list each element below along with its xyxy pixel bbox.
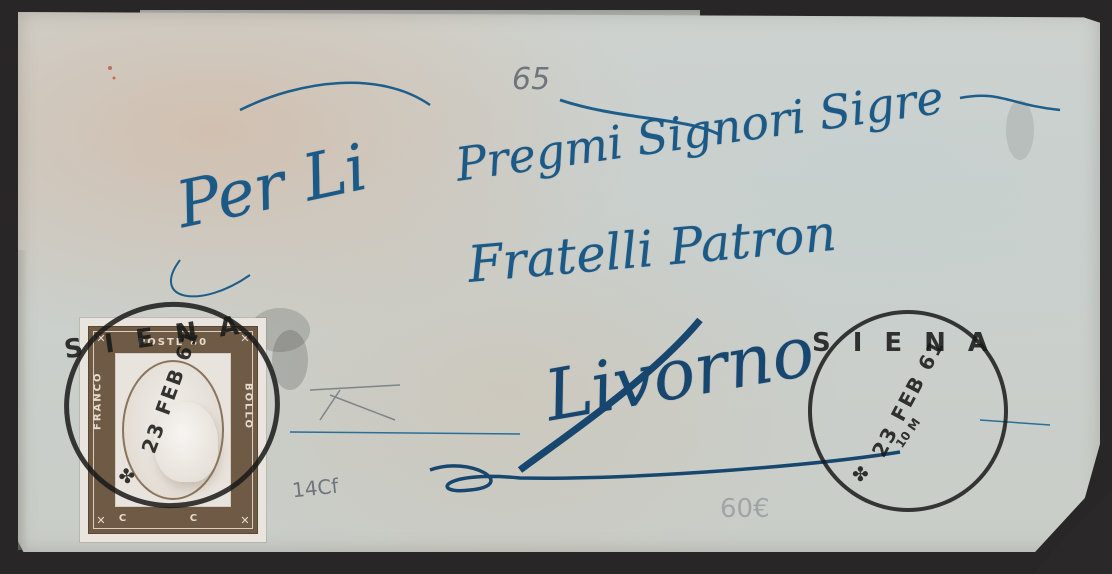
envelope-left-fold: [18, 250, 28, 550]
pencil-catalog-reference: 14Cf: [291, 474, 340, 503]
pencil-note-price: 60€: [720, 494, 770, 524]
stamp-bottom-text: C C: [89, 513, 257, 524]
postmark-ornament-icon: ✤: [852, 462, 869, 486]
stamp-corner-cross-icon: ✕: [239, 515, 251, 527]
postmark-town: SIENA: [812, 328, 1004, 358]
pencil-note-top: 65: [512, 62, 550, 97]
stamp-corner-cross-icon: ✕: [95, 515, 107, 527]
postmark-right: SIENA 23 FEB 61 10 M ✤: [808, 310, 1008, 512]
postmark-ornament-icon: ✤: [117, 463, 137, 489]
